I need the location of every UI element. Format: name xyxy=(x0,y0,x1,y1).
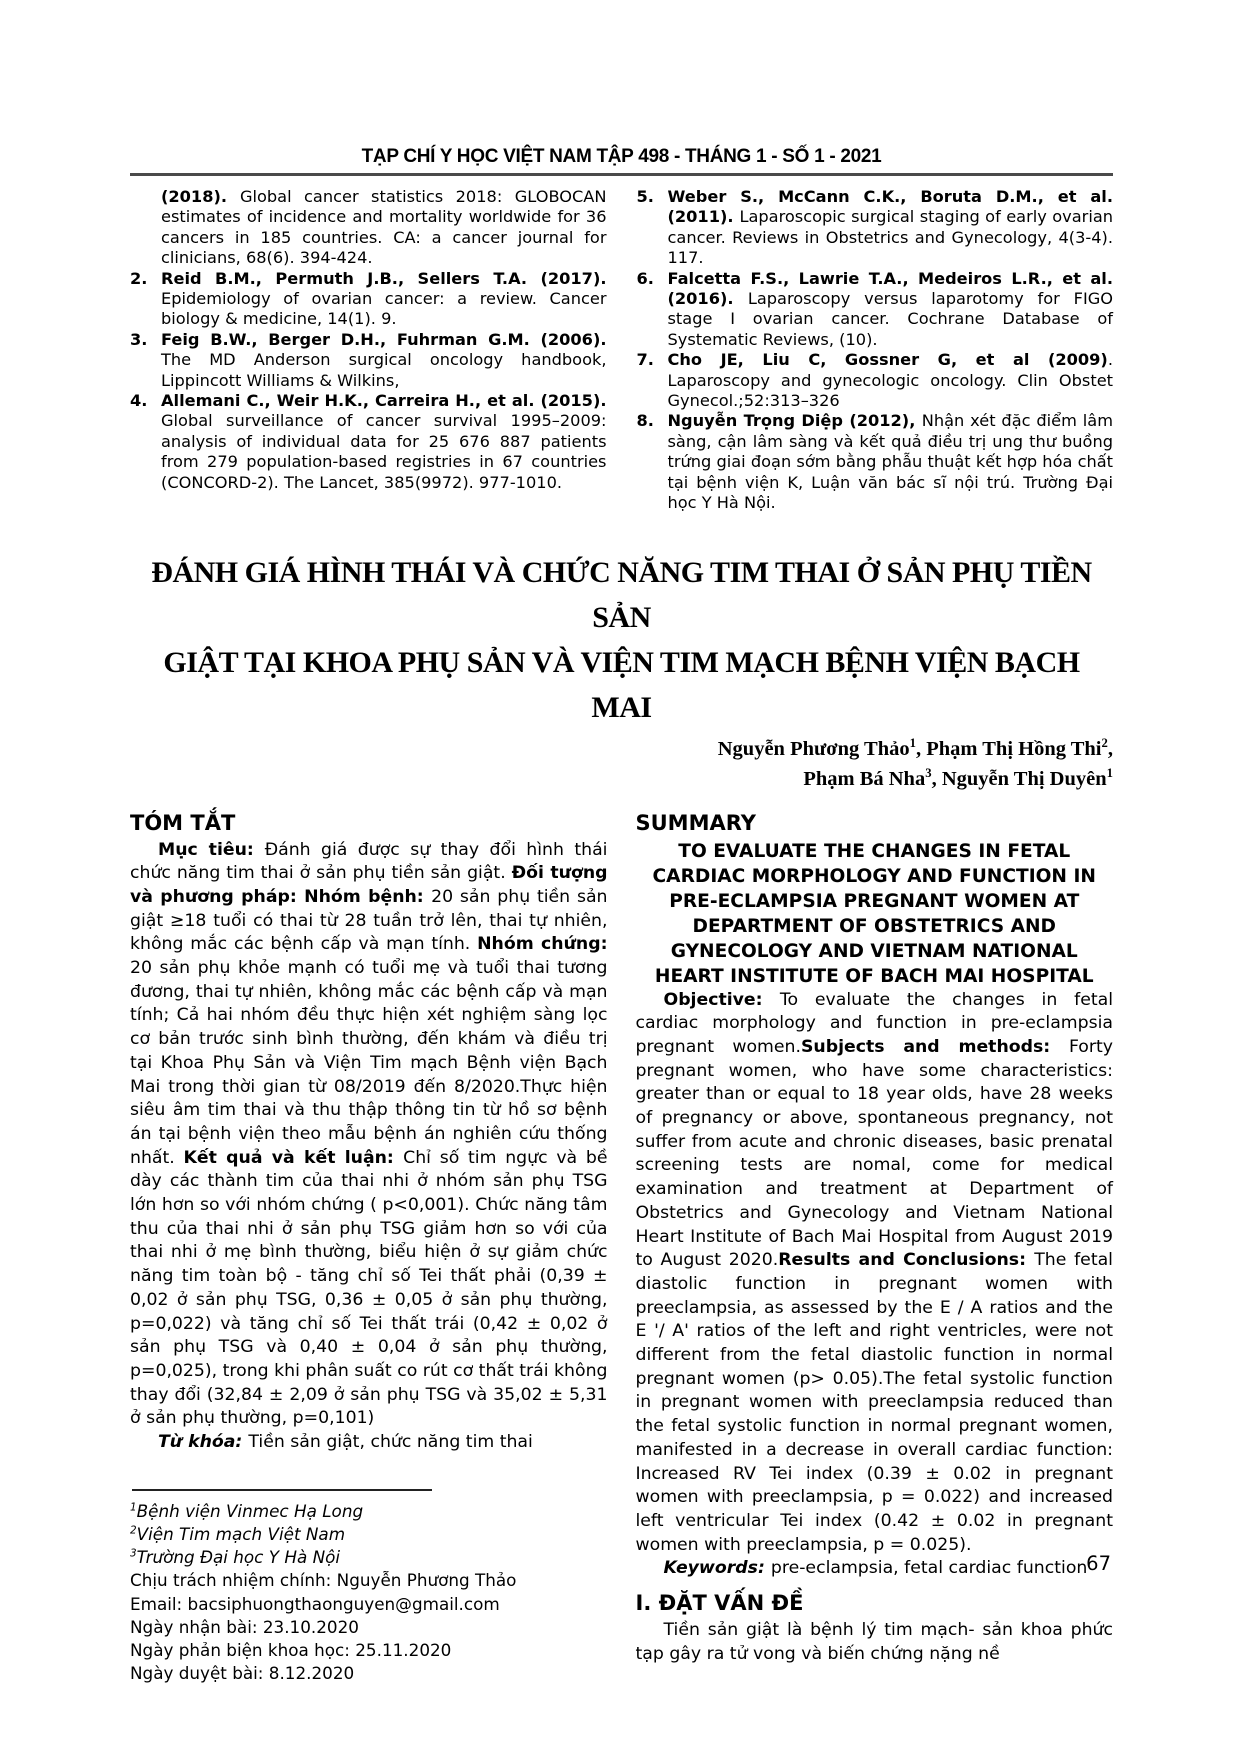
abstract-heading: TÓM TẮT xyxy=(130,810,608,836)
text-segment: Global surveillance of cancer survival 1… xyxy=(161,411,607,491)
text-segment: Feig B.W., Berger D.H., Fuhrman G.M. (20… xyxy=(161,330,607,349)
text-segment: Kết quả và kết luận: xyxy=(184,1148,404,1168)
text-segment: , Phạm Thị Hồng Thi xyxy=(916,738,1102,760)
intro-heading: I. ĐẶT VẤN ĐỀ xyxy=(636,1590,1114,1616)
text-segment: 20 sản phụ khỏe mạnh có tuổi mẹ và tuổi … xyxy=(130,958,608,1168)
text-segment: Mục tiêu: xyxy=(158,840,265,860)
abstract-keywords: Từ khóa: Tiền sản giật, chức năng tim th… xyxy=(130,1431,608,1455)
text-line: Chịu trách nhiệm chính: Nguyễn Phương Th… xyxy=(130,1569,608,1592)
text-segment: Trường Đại học Y Hà Nội xyxy=(137,1547,340,1567)
reference-text: Feig B.W., Berger D.H., Fuhrman G.M. (20… xyxy=(161,330,607,390)
reference-text: Nguyễn Trọng Diệp (2012), Nhận xét đặc đ… xyxy=(668,411,1114,512)
reference-text: Cho JE, Liu C, Gossner G, et al (2009). … xyxy=(668,350,1114,410)
reference-number: 7. xyxy=(637,350,654,370)
text-segment: 1 xyxy=(1107,766,1113,780)
text-segment: 3 xyxy=(130,1548,137,1560)
text-segment: Reid B.M., Permuth J.B., Sellers T.A. (2… xyxy=(161,269,607,288)
reference-number: 5. xyxy=(637,187,654,207)
text-segment: Objective: xyxy=(664,990,780,1010)
reference-number: 6. xyxy=(637,269,654,289)
text-segment: 1 xyxy=(130,1501,137,1513)
text-segment: Subjects and methods: xyxy=(801,1037,1069,1057)
author-line-1: Nguyễn Phương Thảo1, Phạm Thị Hồng Thi2, xyxy=(130,734,1113,764)
text-segment: Nguyễn Trọng Diệp (2012), xyxy=(668,411,922,430)
summary-heading: SUMMARY xyxy=(636,810,1114,836)
reference-number: 8. xyxy=(637,411,654,431)
reference-item: 3.Feig B.W., Berger D.H., Fuhrman G.M. (… xyxy=(130,330,607,391)
text-segment: Cho JE, Liu C, Gossner G, et al (2009) xyxy=(668,350,1108,369)
text-segment: Allemani C., Weir H.K., Carreira H., et … xyxy=(161,391,607,410)
text-line: Ngày duyệt bài: 8.12.2020 xyxy=(130,1662,608,1685)
intro-body: Tiền sản giật là bệnh lý tim mạch- sản k… xyxy=(636,1619,1114,1666)
reference-text: Falcetta F.S., Lawrie T.A., Medeiros L.R… xyxy=(668,269,1114,349)
reference-text: Allemani C., Weir H.K., Carreira H., et … xyxy=(161,391,607,492)
references-right-column: 5.Weber S., McCann C.K., Boruta D.M., et… xyxy=(637,187,1114,514)
summary-keywords: Keywords: pre-eclampsia, fetal cardiac f… xyxy=(636,1557,1114,1581)
summary-column: SUMMARY TO EVALUATE THE CHANGES IN FETAL… xyxy=(636,810,1114,1686)
summary-subtitle: TO EVALUATE THE CHANGES IN FETAL CARDIAC… xyxy=(636,839,1114,989)
text-line: Email: bacsiphuongthaonguyen@gmail.com xyxy=(130,1593,608,1616)
text-segment: Nguyễn Phương Thảo xyxy=(718,738,910,760)
reference-item: (2018). Global cancer statistics 2018: G… xyxy=(130,187,607,269)
text-segment: , xyxy=(1108,738,1113,760)
reference-text: (2018). Global cancer statistics 2018: G… xyxy=(161,187,607,267)
footnote-separator xyxy=(132,1489,432,1491)
article-title: ĐÁNH GIÁ HÌNH THÁI VÀ CHỨC NĂNG TIM THAI… xyxy=(130,550,1113,730)
text-segment: Bệnh viện Vinmec Hạ Long xyxy=(137,1501,363,1521)
authors-block: Nguyễn Phương Thảo1, Phạm Thị Hồng Thi2,… xyxy=(130,734,1113,794)
author-line-2: Phạm Bá Nha3, Nguyễn Thị Duyên1 xyxy=(130,764,1113,794)
references-section: (2018). Global cancer statistics 2018: G… xyxy=(130,187,1113,514)
text-line: ĐÁNH GIÁ HÌNH THÁI VÀ CHỨC NĂNG TIM THAI… xyxy=(130,550,1113,640)
text-segment: Results and Conclusions: xyxy=(778,1250,1034,1270)
text-segment: The MD Anderson surgical oncology handbo… xyxy=(161,350,607,389)
journal-page: TẠP CHÍ Y HỌC VIỆT NAM TẬP 498 - THÁNG 1… xyxy=(0,0,1239,1754)
journal-header: TẠP CHÍ Y HỌC VIỆT NAM TẬP 498 - THÁNG 1… xyxy=(130,146,1113,176)
reference-item: 5.Weber S., McCann C.K., Boruta D.M., et… xyxy=(637,187,1114,269)
summary-body: Objective: To evaluate the changes in fe… xyxy=(636,989,1114,1558)
text-segment: (2018). xyxy=(161,187,240,206)
text-segment: Từ khóa: xyxy=(158,1432,248,1452)
text-segment: Chỉ số tim ngực và bề dày các thành tim … xyxy=(130,1148,608,1429)
text-segment: pre-eclampsia, fetal cardiac function xyxy=(771,1558,1088,1578)
text-segment: Tiền sản giật, chức năng tim thai xyxy=(248,1432,532,1452)
reference-text: Weber S., McCann C.K., Boruta D.M., et a… xyxy=(668,187,1114,267)
reference-number: 3. xyxy=(130,330,147,350)
text-line: 1Bệnh viện Vinmec Hạ Long xyxy=(130,1500,608,1523)
reference-item: 6.Falcetta F.S., Lawrie T.A., Medeiros L… xyxy=(637,269,1114,351)
reference-item: 2.Reid B.M., Permuth J.B., Sellers T.A. … xyxy=(130,269,607,330)
text-segment: The fetal diastolic function in pregnant… xyxy=(636,1250,1114,1554)
abstract-column: TÓM TẮT Mục tiêu: Đánh giá được sự thay … xyxy=(130,810,608,1686)
journal-header-text: TẠP CHÍ Y HỌC VIỆT NAM TẬP 498 - THÁNG 1… xyxy=(362,146,882,167)
text-segment: Epidemiology of ovarian cancer: a review… xyxy=(161,289,607,328)
reference-item: 7.Cho JE, Liu C, Gossner G, et al (2009)… xyxy=(637,350,1114,411)
text-line: GIẬT TẠI KHOA PHỤ SẢN VÀ VIỆN TIM MẠCH B… xyxy=(130,640,1113,730)
footnotes-block: 1Bệnh viện Vinmec Hạ Long2Viện Tim mạch … xyxy=(130,1489,608,1686)
text-segment: Keywords: xyxy=(664,1558,771,1578)
text-line: Ngày phản biện khoa học: 25.11.2020 xyxy=(130,1639,608,1662)
text-line: 2Viện Tim mạch Việt Nam xyxy=(130,1523,608,1546)
main-columns: TÓM TẮT Mục tiêu: Đánh giá được sự thay … xyxy=(130,810,1113,1686)
text-segment: Phạm Bá Nha xyxy=(803,768,925,790)
reference-text: Reid B.M., Permuth J.B., Sellers T.A. (2… xyxy=(161,269,607,329)
reference-item: 4.Allemani C., Weir H.K., Carreira H., e… xyxy=(130,391,607,493)
page-number: 67 xyxy=(1086,1552,1111,1575)
affiliations-list: 1Bệnh viện Vinmec Hạ Long2Viện Tim mạch … xyxy=(130,1500,608,1570)
references-left-column: (2018). Global cancer statistics 2018: G… xyxy=(130,187,607,514)
reference-number: 4. xyxy=(130,391,147,411)
text-segment: Viện Tim mạch Việt Nam xyxy=(137,1524,345,1544)
text-line: 3Trường Đại học Y Hà Nội xyxy=(130,1546,608,1569)
text-line: Ngày nhận bài: 23.10.2020 xyxy=(130,1616,608,1639)
footnote-contact-lines: Chịu trách nhiệm chính: Nguyễn Phương Th… xyxy=(130,1569,608,1685)
text-segment: , Nguyễn Thị Duyên xyxy=(932,768,1107,790)
reference-item: 8.Nguyễn Trọng Diệp (2012), Nhận xét đặc… xyxy=(637,411,1114,513)
text-segment: Nhóm chứng: xyxy=(477,934,607,954)
text-segment: Forty pregnant women, who have some char… xyxy=(636,1037,1114,1270)
reference-number: 2. xyxy=(130,269,147,289)
text-segment: 2 xyxy=(130,1524,137,1536)
abstract-body: Mục tiêu: Đánh giá được sự thay đổi hình… xyxy=(130,839,608,1432)
